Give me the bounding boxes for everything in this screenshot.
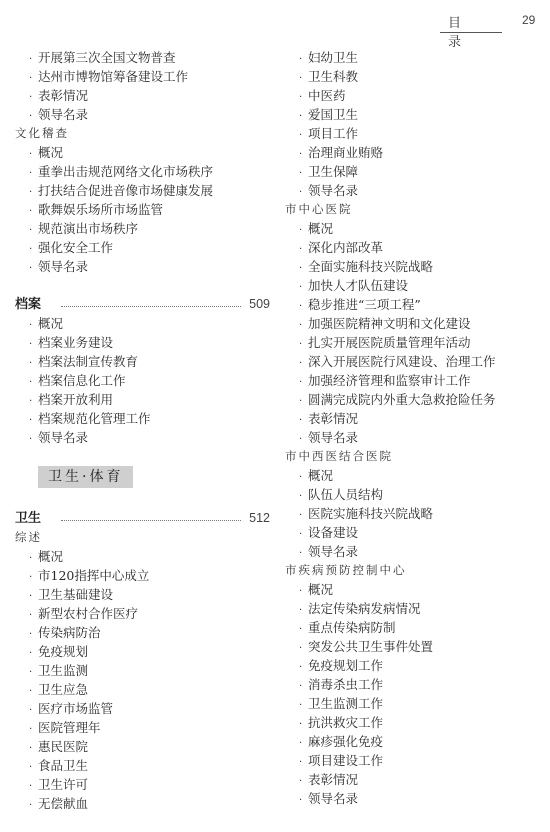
- toc-item[interactable]: ·开展第三次全国文物普查: [15, 48, 270, 67]
- toc-item[interactable]: ·稳步推进“三项工程”: [285, 295, 545, 314]
- toc-item[interactable]: ·突发公共卫生事件处置: [285, 637, 545, 656]
- bullet-icon: ·: [299, 791, 308, 810]
- toc-item[interactable]: ·惠民医院: [15, 737, 270, 756]
- toc-item-label: 中医药: [308, 88, 346, 103]
- toc-item[interactable]: ·无偿献血: [15, 794, 270, 813]
- toc-item-label: 卫生应急: [38, 682, 88, 697]
- toc-item-label: 领导名录: [308, 183, 358, 198]
- toc-item-label: 全面实施科技兴院战略: [308, 259, 433, 274]
- toc-item-label: 治理商业贿赂: [308, 145, 383, 160]
- toc-item-label: 卫生监测: [38, 663, 88, 678]
- toc-item[interactable]: ·卫生许可: [15, 775, 270, 794]
- toc-item[interactable]: ·医疗市场监管: [15, 699, 270, 718]
- toc-item-label: 概况: [38, 316, 63, 331]
- toc-item[interactable]: ·卫生应急: [15, 680, 270, 699]
- toc-subsection-heading[interactable]: 市中西医结合医院: [285, 447, 545, 466]
- toc-item-label: 加快人才队伍建设: [308, 278, 408, 293]
- toc-item-label: 开展第三次全国文物普查: [38, 50, 176, 65]
- toc-item[interactable]: ·治理商业贿赂: [285, 143, 545, 162]
- toc-item[interactable]: ·概况: [285, 580, 545, 599]
- toc-item-label: 无偿献血: [38, 796, 88, 811]
- toc-item-label: 档案信息化工作: [38, 373, 126, 388]
- toc-item-label: 卫生基础建设: [38, 587, 113, 602]
- toc-item-label: 妇幼卫生: [308, 50, 358, 65]
- toc-item-label: 概况: [38, 145, 63, 160]
- toc-item[interactable]: ·项目建设工作: [285, 751, 545, 770]
- toc-item[interactable]: ·领导名录: [15, 105, 270, 124]
- toc-right-column: ·妇幼卫生·卫生科教·中医药·爱国卫生·项目工作·治理商业贿赂·卫生保障·领导名…: [285, 48, 545, 808]
- toc-item[interactable]: ·重拳出击规范网络文化市场秩序: [15, 162, 270, 181]
- toc-item-label: 强化安全工作: [38, 240, 113, 255]
- toc-left-column: ·开展第三次全国文物普查·达州市博物馆筹备建设工作·表彰情况·领导名录文化稽查·…: [15, 48, 270, 813]
- toc-subsection-heading[interactable]: 综述: [15, 528, 270, 547]
- running-header: 目 录: [440, 10, 502, 33]
- toc-item-label: 卫生许可: [38, 777, 88, 792]
- toc-item[interactable]: ·档案规范化管理工作: [15, 409, 270, 428]
- toc-item[interactable]: ·领导名录: [285, 542, 545, 561]
- toc-item-label: 表彰情况: [38, 88, 88, 103]
- toc-item-label: 卫生监测工作: [308, 696, 383, 711]
- toc-item-label: 领导名录: [308, 430, 358, 445]
- toc-item-label: 卫生保障: [308, 164, 358, 179]
- toc-item-label: 传染病防治: [38, 625, 101, 640]
- toc-item[interactable]: ·概况: [15, 314, 270, 333]
- toc-item[interactable]: ·达州市博物馆筹备建设工作: [15, 67, 270, 86]
- toc-item-label: 领导名录: [38, 259, 88, 274]
- toc-item-label: 食品卫生: [38, 758, 88, 773]
- toc-item[interactable]: ·卫生监测: [15, 661, 270, 680]
- toc-item[interactable]: ·概况: [15, 547, 270, 566]
- toc-section-entry[interactable]: 档案509: [15, 295, 270, 314]
- toc-item-label: 领导名录: [38, 107, 88, 122]
- toc-item[interactable]: ·重点传染病防制: [285, 618, 545, 637]
- toc-item-label: 表彰情况: [308, 772, 358, 787]
- toc-item[interactable]: ·概况: [285, 466, 545, 485]
- toc-item[interactable]: ·中医药: [285, 86, 545, 105]
- bullet-icon: ·: [29, 259, 38, 278]
- toc-item[interactable]: ·表彰情况: [285, 409, 545, 428]
- toc-item-label: 圆满完成院内外重大急救抢险任务: [308, 392, 496, 407]
- category-banner: 卫生·体育: [15, 466, 270, 490]
- toc-item[interactable]: ·传染病防治: [15, 623, 270, 642]
- toc-item[interactable]: ·档案业务建设: [15, 333, 270, 352]
- toc-item-label: 档案规范化管理工作: [38, 411, 151, 426]
- section-page-number: 512: [249, 509, 270, 528]
- toc-item[interactable]: ·法定传染病发病情况: [285, 599, 545, 618]
- toc-item-label: 医院实施科技兴院战略: [308, 506, 433, 521]
- toc-item[interactable]: ·领导名录: [285, 789, 545, 808]
- toc-item-label: 表彰情况: [308, 411, 358, 426]
- toc-item[interactable]: ·队伍人员结构: [285, 485, 545, 504]
- toc-item[interactable]: ·表彰情况: [15, 86, 270, 105]
- toc-item[interactable]: ·市120指挥中心成立: [15, 566, 270, 585]
- toc-item-label: 设备建设: [308, 525, 358, 540]
- toc-item-label: 免疫规划: [38, 644, 88, 659]
- toc-item[interactable]: ·免疫规划: [15, 642, 270, 661]
- spacer: [15, 447, 270, 466]
- toc-item[interactable]: ·领导名录: [15, 428, 270, 447]
- page-number: 29: [522, 13, 535, 27]
- toc-item-label: 惠民医院: [38, 739, 88, 754]
- toc-item[interactable]: ·抗洪救灾工作: [285, 713, 545, 732]
- toc-item-label: 加强经济管理和监察审计工作: [308, 373, 471, 388]
- toc-item-label: 概况: [38, 549, 63, 564]
- section-title: 卫生: [15, 509, 41, 528]
- toc-item[interactable]: ·领导名录: [285, 181, 545, 200]
- toc-item[interactable]: ·强化安全工作: [15, 238, 270, 257]
- toc-item[interactable]: ·档案信息化工作: [15, 371, 270, 390]
- toc-item-label: 档案法制宣传教育: [38, 354, 138, 369]
- toc-item[interactable]: ·档案开放利用: [15, 390, 270, 409]
- toc-item-label: 打扶结合促进音像市场健康发展: [38, 183, 213, 198]
- toc-item[interactable]: ·扎实开展医院质量管理年活动: [285, 333, 545, 352]
- section-title: 档案: [15, 295, 41, 314]
- toc-item-label: 新型农村合作医疗: [38, 606, 138, 621]
- toc-item-label: 规范演出市场秩序: [38, 221, 138, 236]
- toc-item-label: 麻疹强化免疫: [308, 734, 383, 749]
- toc-item[interactable]: ·消毒杀虫工作: [285, 675, 545, 694]
- toc-item[interactable]: ·歌舞娱乐场所市场监管: [15, 200, 270, 219]
- toc-item-label: 档案业务建设: [38, 335, 113, 350]
- toc-item-label: 概况: [308, 221, 333, 236]
- toc-item[interactable]: ·免疫规划工作: [285, 656, 545, 675]
- toc-item-label: 医院管理年: [38, 720, 101, 735]
- toc-subsection-heading[interactable]: 市疾病预防控制中心: [285, 561, 545, 580]
- toc-item[interactable]: ·加强医院精神文明和文化建设: [285, 314, 545, 333]
- toc-item-label: 档案开放利用: [38, 392, 113, 407]
- toc-item[interactable]: ·卫生保障: [285, 162, 545, 181]
- toc-item[interactable]: ·概况: [15, 143, 270, 162]
- toc-item[interactable]: ·概况: [285, 219, 545, 238]
- toc-item-label: 加强医院精神文明和文化建设: [308, 316, 471, 331]
- header-title: 目 录: [448, 12, 502, 50]
- toc-item[interactable]: ·卫生监测工作: [285, 694, 545, 713]
- toc-item-label: 扎实开展医院质量管理年活动: [308, 335, 471, 350]
- toc-item-label: 抗洪救灾工作: [308, 715, 383, 730]
- toc-item-label: 消毒杀虫工作: [308, 677, 383, 692]
- dot-leader: [61, 520, 241, 521]
- toc-item[interactable]: ·全面实施科技兴院战略: [285, 257, 545, 276]
- toc-item[interactable]: ·领导名录: [15, 257, 270, 276]
- toc-item-label: 免疫规划工作: [308, 658, 383, 673]
- section-page-number: 509: [249, 295, 270, 314]
- toc-item[interactable]: ·妇幼卫生: [285, 48, 545, 67]
- toc-item[interactable]: ·设备建设: [285, 523, 545, 542]
- toc-item-label: 突发公共卫生事件处置: [308, 639, 433, 654]
- toc-item[interactable]: ·医院管理年: [15, 718, 270, 737]
- bullet-icon: ·: [29, 796, 38, 815]
- toc-item-label: 深化内部改革: [308, 240, 383, 255]
- toc-item[interactable]: ·规范演出市场秩序: [15, 219, 270, 238]
- toc-item-label: 项目工作: [308, 126, 358, 141]
- toc-item[interactable]: ·卫生基础建设: [15, 585, 270, 604]
- toc-subsection-heading[interactable]: 市中心医院: [285, 200, 545, 219]
- toc-item[interactable]: ·项目工作: [285, 124, 545, 143]
- toc-item[interactable]: ·圆满完成院内外重大急救抢险任务: [285, 390, 545, 409]
- toc-item[interactable]: ·表彰情况: [285, 770, 545, 789]
- toc-item[interactable]: ·食品卫生: [15, 756, 270, 775]
- toc-item-label: 项目建设工作: [308, 753, 383, 768]
- toc-item-label: 领导名录: [308, 544, 358, 559]
- toc-item-label: 队伍人员结构: [308, 487, 383, 502]
- category-title: 卫生·体育: [38, 466, 133, 488]
- spacer: [15, 276, 270, 295]
- toc-item-label: 达州市博物馆筹备建设工作: [38, 69, 188, 84]
- toc-item[interactable]: ·爱国卫生: [285, 105, 545, 124]
- toc-item-label: 卫生科教: [308, 69, 358, 84]
- toc-item-label: 概况: [308, 582, 333, 597]
- toc-item-label: 爱国卫生: [308, 107, 358, 122]
- toc-item[interactable]: ·医院实施科技兴院战略: [285, 504, 545, 523]
- toc-item[interactable]: ·打扶结合促进音像市场健康发展: [15, 181, 270, 200]
- toc-item-label: 医疗市场监管: [38, 701, 113, 716]
- toc-item[interactable]: ·深入开展医院行风建设、治理工作: [285, 352, 545, 371]
- toc-item-label: 重点传染病防制: [308, 620, 396, 635]
- toc-item-label: 法定传染病发病情况: [308, 601, 421, 616]
- toc-item-label: 概况: [308, 468, 333, 483]
- toc-subsection-heading[interactable]: 文化稽查: [15, 124, 270, 143]
- toc-item-label: 稳步推进“三项工程”: [308, 297, 421, 312]
- toc-section-entry[interactable]: 卫生512: [15, 509, 270, 528]
- toc-item[interactable]: ·加强经济管理和监察审计工作: [285, 371, 545, 390]
- toc-item[interactable]: ·领导名录: [285, 428, 545, 447]
- toc-item-label: 市120指挥中心成立: [38, 568, 149, 583]
- toc-item-label: 深入开展医院行风建设、治理工作: [308, 354, 496, 369]
- toc-item[interactable]: ·加快人才队伍建设: [285, 276, 545, 295]
- toc-item-label: 领导名录: [38, 430, 88, 445]
- toc-item[interactable]: ·新型农村合作医疗: [15, 604, 270, 623]
- bullet-icon: ·: [29, 430, 38, 449]
- toc-item-label: 重拳出击规范网络文化市场秩序: [38, 164, 213, 179]
- spacer: [15, 490, 270, 509]
- dot-leader: [61, 306, 241, 307]
- toc-item[interactable]: ·深化内部改革: [285, 238, 545, 257]
- toc-item-label: 领导名录: [308, 791, 358, 806]
- toc-item-label: 歌舞娱乐场所市场监管: [38, 202, 163, 217]
- toc-item[interactable]: ·卫生科教: [285, 67, 545, 86]
- toc-item[interactable]: ·档案法制宣传教育: [15, 352, 270, 371]
- toc-item[interactable]: ·麻疹强化免疫: [285, 732, 545, 751]
